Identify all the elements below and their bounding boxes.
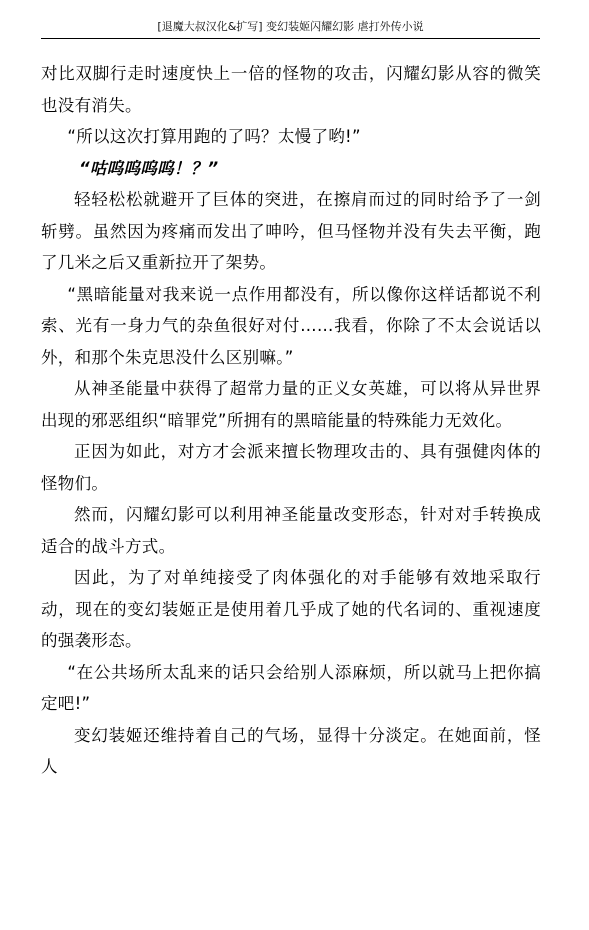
page-header: [退魔大叔汉化&扩写] 变幻装姬闪耀幻影 虐打外传小说 xyxy=(41,18,540,39)
paragraph-1: 对比双脚行走时速度快上一倍的怪物的攻击，闪耀幻影从容的微笑也没有消失。 xyxy=(41,58,541,121)
paragraph-5-dialogue: “黑暗能量对我来说一点作用都没有，所以像你这样话都说不利索、光有一身力气的杂鱼很… xyxy=(41,279,541,374)
paragraph-9: 因此，为了对单纯接受了肉体强化的对手能够有效地采取行动，现在的变幻装姬正是使用着… xyxy=(41,562,541,657)
paragraph-8: 然而，闪耀幻影可以利用神圣能量改变形态，针对对手转换成适合的战斗方式。 xyxy=(41,499,541,562)
paragraph-3-monster-shout: “咕呜呜呜呜！？” xyxy=(41,153,541,185)
paragraph-11: 变幻装姬还维持着自己的气场，显得十分淡定。在她面前，怪人 xyxy=(41,720,541,783)
paragraph-7: 正因为如此，对方才会派来擅长物理攻击的、具有强健肉体的怪物们。 xyxy=(41,436,541,499)
document-body: 对比双脚行走时速度快上一倍的怪物的攻击，闪耀幻影从容的微笑也没有消失。 “所以这… xyxy=(41,58,541,783)
paragraph-2-dialogue: “所以这次打算用跑的了吗？太慢了哟!” xyxy=(41,121,541,153)
paragraph-6: 从神圣能量中获得了超常力量的正义女英雄，可以将从异世界出现的邪恶组织“暗罪党”所… xyxy=(41,373,541,436)
paragraph-4: 轻轻松松就避开了巨体的突进，在擦肩而过的同时给予了一剑斩劈。虽然因为疼痛而发出了… xyxy=(41,184,541,279)
paragraph-10-dialogue: “在公共场所太乱来的话只会给别人添麻烦，所以就马上把你搞定吧!” xyxy=(41,657,541,720)
page-header-title: [退魔大叔汉化&扩写] 变幻装姬闪耀幻影 虐打外传小说 xyxy=(157,20,423,33)
